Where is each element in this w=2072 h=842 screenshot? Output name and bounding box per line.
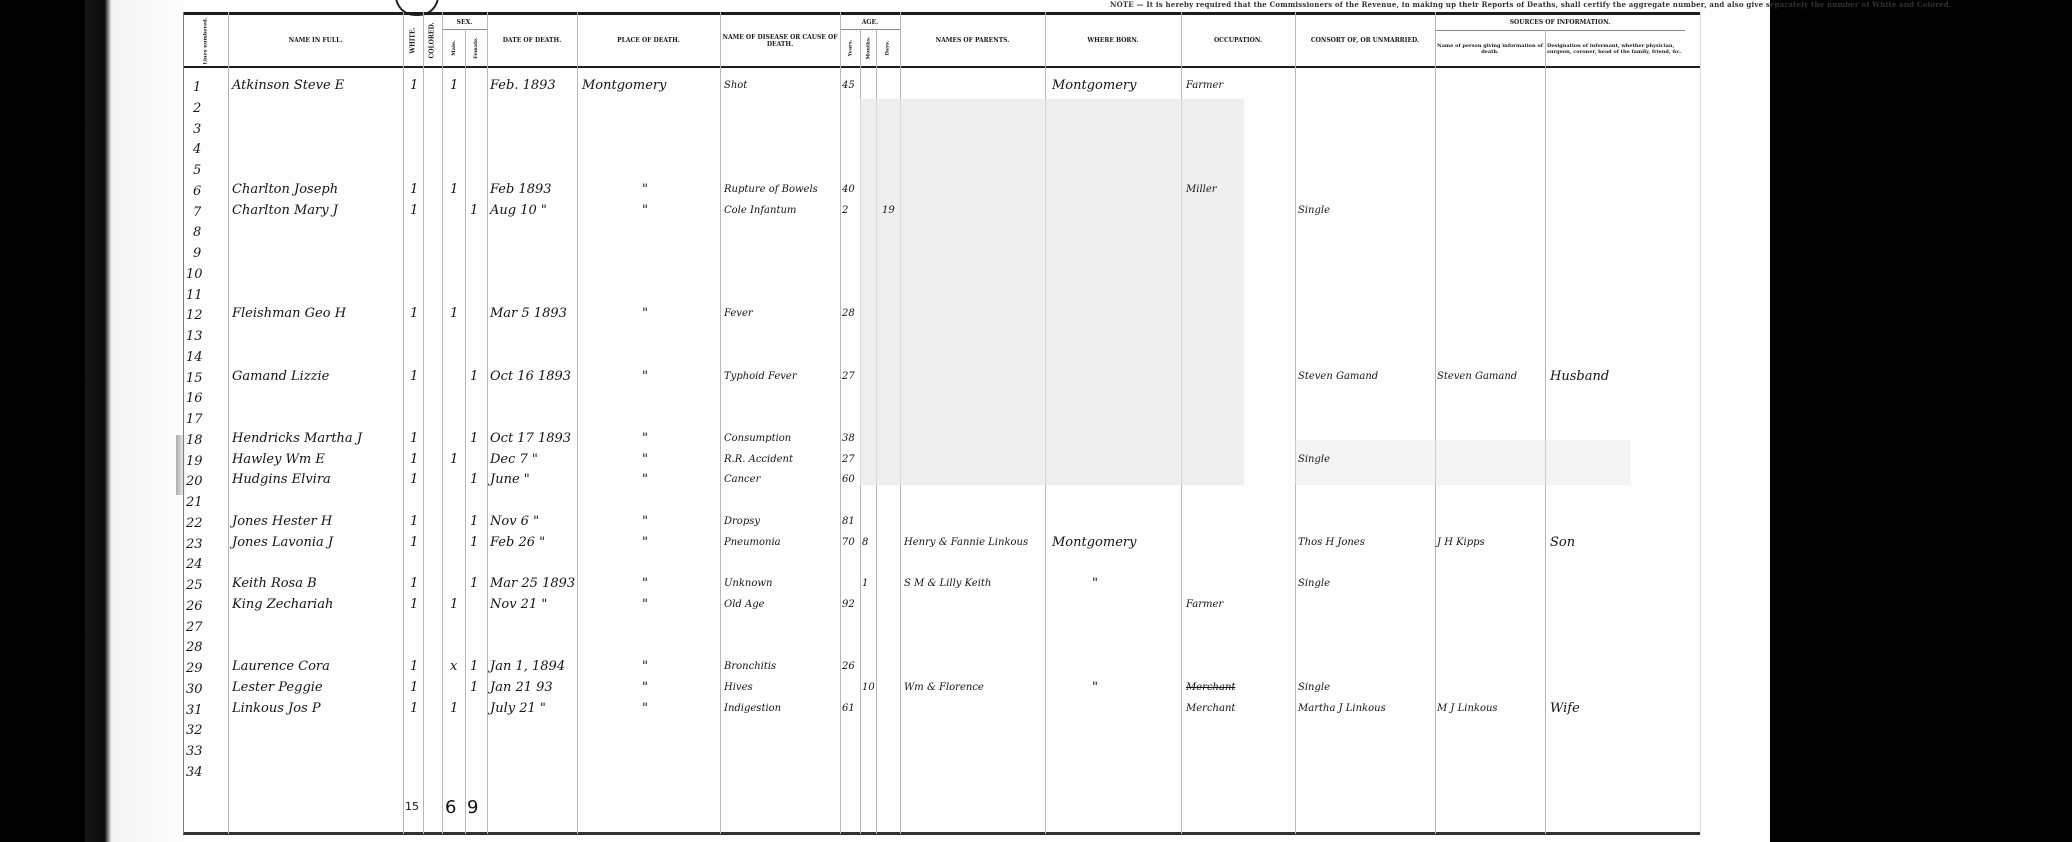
entry-female: 1 [470, 514, 478, 530]
entry-place: " [642, 535, 648, 551]
entry-date: Dec 7 " [490, 452, 538, 468]
col-divider [1295, 12, 1296, 834]
col-divider [577, 12, 578, 834]
entry-name: Hudgins Elvira [232, 472, 331, 488]
entry-date: Aug 10 " [490, 203, 547, 219]
line-number: 6 [193, 184, 201, 200]
entry-informant: J H Kipps [1437, 535, 1485, 551]
entry-age-years: 45 [842, 78, 855, 94]
line-number: 11 [186, 288, 203, 304]
entry-age-years: 81 [842, 514, 855, 530]
entry-white: 1 [410, 576, 418, 592]
scan-background-right [1770, 0, 2072, 842]
entry-white: 1 [410, 680, 418, 696]
entry-date: July 21 " [490, 701, 546, 717]
col-divider [403, 12, 404, 834]
header-age: AGE. [840, 15, 900, 29]
header-date-of-death: DATE OF DEATH. [487, 15, 577, 66]
entry-occupation: Farmer [1186, 597, 1223, 613]
entry-date: Mar 25 1893 [490, 576, 575, 592]
entry-name: Fleishman Geo H [232, 306, 346, 322]
entry-age-days: 19 [882, 203, 895, 219]
entry-disease: Unknown [724, 576, 772, 592]
entry-female: 1 [470, 535, 478, 551]
entry-consort: Single [1298, 576, 1330, 592]
line-number: 29 [186, 661, 203, 677]
entry-age-years: 27 [842, 369, 855, 385]
entry-where-born: Montgomery [1052, 535, 1136, 551]
entry-white: 1 [410, 659, 418, 675]
entry-disease: Hives [724, 680, 753, 696]
page-smudge [176, 435, 186, 495]
entry-place: Montgomery [582, 78, 666, 94]
entry-parents: Wm & Florence [904, 680, 984, 696]
entry-parents: Henry & Fannie Linkous [904, 535, 1028, 551]
entry-name: Jones Hester H [232, 514, 332, 530]
redaction-overlay-secondary [1295, 440, 1630, 485]
col-divider [465, 29, 466, 834]
entry-place: " [642, 576, 648, 592]
total-male: 6 [445, 797, 456, 818]
entry-date: Oct 17 1893 [490, 431, 571, 447]
entry-name: Gamand Lizzie [232, 369, 329, 385]
entry-name: Laurence Cora [232, 659, 330, 675]
line-number: 8 [193, 225, 201, 241]
header-place-of-death: PLACE OF DEATH. [577, 15, 720, 66]
entry-male: x [450, 659, 457, 675]
entry-white: 1 [410, 182, 418, 198]
line-number: 31 [186, 703, 203, 719]
page-bottom-rule [183, 832, 1700, 835]
entry-female: 1 [470, 203, 478, 219]
entry-date: Feb 1893 [490, 182, 552, 198]
header-informant-name: Name of person giving information of dea… [1437, 31, 1543, 66]
redaction-overlay [860, 99, 1244, 485]
entry-informant: M J Linkous [1437, 701, 1498, 717]
entry-date: Mar 5 1893 [490, 306, 567, 322]
entry-male: 1 [450, 78, 458, 94]
header-informant-designation: Designation of informant, whether physic… [1547, 31, 1687, 66]
entry-name: Hendricks Martha J [232, 431, 362, 447]
entry-disease: Pneumonia [724, 535, 781, 551]
entry-place: " [642, 182, 648, 198]
entry-date: Jan 1, 1894 [490, 659, 565, 675]
entry-white: 1 [410, 597, 418, 613]
line-number: 30 [186, 682, 203, 698]
entry-white: 1 [410, 306, 418, 322]
col-divider [487, 12, 488, 834]
entry-designation: Husband [1550, 369, 1609, 385]
entry-designation: Wife [1550, 701, 1580, 717]
entry-place: " [642, 514, 648, 530]
entry-disease: Dropsy [724, 514, 760, 530]
entry-place: " [642, 203, 648, 219]
entry-age-months: 10 [862, 680, 875, 696]
entry-name: Keith Rosa B [232, 576, 317, 592]
entry-female: 1 [470, 680, 478, 696]
entry-name: Hawley Wm E [232, 452, 325, 468]
line-number: 21 [186, 495, 203, 511]
line-number: 14 [186, 350, 203, 366]
line-number: 32 [186, 723, 203, 739]
entry-consort: Steven Gamand [1298, 369, 1378, 385]
line-number: 17 [186, 412, 203, 428]
entry-age-years: 27 [842, 452, 855, 468]
entry-place: " [642, 369, 648, 385]
entry-place: " [642, 306, 648, 322]
entry-age-years: 92 [842, 597, 855, 613]
line-number: 22 [186, 516, 203, 532]
entry-place: " [642, 431, 648, 447]
entry-date: June " [490, 472, 530, 488]
line-number: 34 [186, 765, 203, 781]
line-number: 16 [186, 391, 203, 407]
entry-occupation: Merchant [1186, 701, 1235, 717]
header-parents: NAMES OF PARENTS. [900, 15, 1045, 66]
entry-name: Jones Lavonia J [232, 535, 333, 551]
line-number: 3 [193, 122, 201, 138]
header-bottom-rule [183, 66, 1700, 68]
header-disease: NAME OF DISEASE OR CAUSE OF DEATH. [722, 15, 838, 66]
header-days: Days. [876, 30, 900, 66]
entry-place: " [642, 452, 648, 468]
entry-name: King Zechariah [232, 597, 333, 613]
entry-male: 1 [450, 597, 458, 613]
line-number: 23 [186, 537, 203, 553]
entry-disease: Consumption [724, 431, 791, 447]
entry-date: Jan 21 93 [490, 680, 553, 696]
entry-white: 1 [410, 472, 418, 488]
entry-where-born: Montgomery [1052, 78, 1136, 94]
line-number: 10 [186, 267, 203, 283]
entry-female: 1 [470, 472, 478, 488]
entry-age-years: 61 [842, 701, 855, 717]
entry-occupation: Miller [1186, 182, 1217, 198]
header-months: Months. [860, 30, 876, 66]
entry-age-years: 60 [842, 472, 855, 488]
entry-informant: Steven Gamand [1437, 369, 1517, 385]
line-number: 28 [186, 640, 203, 656]
entry-male: 1 [450, 306, 458, 322]
entry-place: " [642, 680, 648, 696]
entry-consort: Martha J Linkous [1298, 701, 1386, 717]
line-number: 1 [193, 80, 201, 96]
line-number: 25 [186, 578, 203, 594]
header-where-born: WHERE BORN. [1045, 15, 1181, 66]
entry-parents: S M & Lilly Keith [904, 576, 991, 592]
entry-date: Nov 21 " [490, 597, 547, 613]
entry-occupation: Farmer [1186, 78, 1223, 94]
line-number: 2 [193, 101, 201, 117]
header-female: Female. [465, 30, 487, 66]
header-sources: SOURCES OF INFORMATION. [1435, 15, 1685, 30]
header-name: NAME IN FULL. [228, 15, 403, 66]
entry-consort: Single [1298, 680, 1330, 696]
col-divider [720, 12, 721, 834]
col-divider [183, 12, 184, 834]
entry-place: " [642, 597, 648, 613]
total-white: 15 [405, 800, 419, 813]
entry-white: 1 [410, 369, 418, 385]
line-number: 4 [193, 142, 201, 158]
entry-occupation: Merchant [1186, 680, 1235, 696]
entry-male: 1 [450, 701, 458, 717]
col-divider [1545, 30, 1546, 834]
entry-where-born: " [1092, 680, 1098, 696]
col-divider [228, 12, 229, 834]
line-number: 12 [186, 308, 203, 324]
total-female: 9 [467, 797, 478, 818]
header-sex: SEX. [442, 15, 487, 29]
entry-date: Oct 16 1893 [490, 369, 571, 385]
entry-name: Charlton Joseph [232, 182, 338, 198]
entry-designation: Son [1550, 535, 1575, 551]
line-number: 27 [186, 620, 203, 636]
entry-age-years: 70 [842, 535, 855, 551]
scan-margin [85, 0, 183, 842]
header-years: Years. [840, 30, 860, 66]
col-divider [1700, 12, 1701, 834]
entry-white: 1 [410, 701, 418, 717]
entry-where-born: " [1092, 576, 1098, 592]
entry-name: Charlton Mary J [232, 203, 338, 219]
entry-male: 1 [450, 452, 458, 468]
entry-female: 1 [470, 576, 478, 592]
entry-white: 1 [410, 203, 418, 219]
entry-disease: Indigestion [724, 701, 781, 717]
entry-disease: Typhoid Fever [724, 369, 797, 385]
col-divider [840, 12, 841, 834]
entry-name: Lester Peggie [232, 680, 323, 696]
entry-date: Feb 26 " [490, 535, 545, 551]
entry-disease: R.R. Accident [724, 452, 793, 468]
entry-white: 1 [410, 535, 418, 551]
entry-disease: Old Age [724, 597, 765, 613]
entry-age-years: 40 [842, 182, 855, 198]
line-number: 26 [186, 599, 203, 615]
entry-female: 1 [470, 431, 478, 447]
entry-white: 1 [410, 452, 418, 468]
line-number: 19 [186, 454, 203, 470]
entry-disease: Cancer [724, 472, 760, 488]
line-number: 7 [193, 205, 201, 221]
header-male: Male. [442, 30, 465, 66]
line-number: 9 [193, 246, 201, 262]
line-number: 18 [186, 433, 203, 449]
entry-disease: Rupture of Bowels [724, 182, 818, 198]
line-number: 15 [186, 371, 203, 387]
entry-white: 1 [410, 78, 418, 94]
entry-name: Atkinson Steve E [232, 78, 344, 94]
line-number: 20 [186, 474, 203, 490]
entry-date: Feb. 1893 [490, 78, 556, 94]
entry-place: " [642, 472, 648, 488]
entry-consort: Thos H Jones [1298, 535, 1365, 551]
entry-age-months: 1 [862, 576, 868, 592]
entry-consort: Single [1298, 452, 1330, 468]
header-white: WHITE. [403, 15, 423, 66]
entry-male: 1 [450, 182, 458, 198]
entry-age-years: 28 [842, 306, 855, 322]
line-number: 13 [186, 329, 203, 345]
entry-disease: Shot [724, 78, 747, 94]
entry-white: 1 [410, 514, 418, 530]
line-number: 5 [193, 163, 201, 179]
entry-age-years: 2 [842, 203, 848, 219]
entry-place: " [642, 659, 648, 675]
col-divider [442, 12, 443, 834]
col-divider [1435, 12, 1436, 834]
entry-age-months: 8 [862, 535, 868, 551]
entry-age-years: 38 [842, 431, 855, 447]
entry-disease: Fever [724, 306, 753, 322]
col-divider [423, 12, 424, 834]
entry-age-years: 26 [842, 659, 855, 675]
entry-name: Linkous Jos P [232, 701, 321, 717]
entry-female: 1 [470, 369, 478, 385]
entry-date: Nov 6 " [490, 514, 539, 530]
header-consort: CONSORT OF, OR UNMARRIED. [1295, 15, 1435, 66]
header-colored: COLORED. [423, 15, 442, 66]
entry-disease: Bronchitis [724, 659, 776, 675]
line-number: 24 [186, 557, 203, 573]
entry-consort: Single [1298, 203, 1330, 219]
entry-white: 1 [410, 431, 418, 447]
entry-female: 1 [470, 659, 478, 675]
entry-disease: Cole Infantum [724, 203, 796, 219]
entry-place: " [642, 701, 648, 717]
line-number: 33 [186, 744, 203, 760]
top-note: NOTE — It is hereby required that the Co… [1110, 0, 1952, 9]
header-occupation: OCCUPATION. [1181, 15, 1295, 66]
header-line-numbered: Lines numbered. [183, 15, 228, 66]
